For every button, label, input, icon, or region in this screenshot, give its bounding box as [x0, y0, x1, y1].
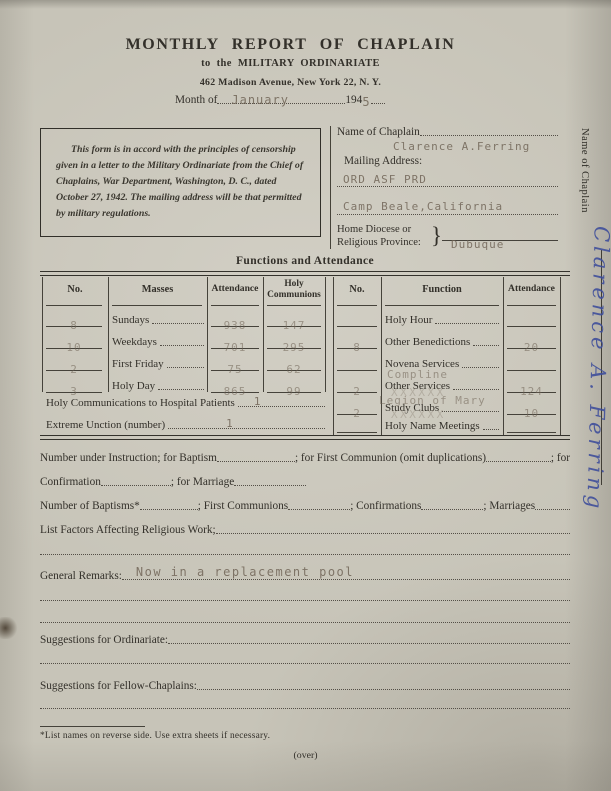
- attendance-cell: 20: [507, 330, 556, 349]
- chaplain-name-typed: Clarence A.Ferring: [393, 140, 530, 153]
- col-header-no: No.: [42, 284, 108, 296]
- form-subtitle: to the MILITARY ORDINARIATE: [0, 58, 581, 69]
- instruction-text: ; for: [551, 452, 570, 464]
- instruction-text: Number under Instruction; for Baptism: [40, 452, 217, 464]
- name-of-chaplain-row: Name of Chaplain: [337, 126, 558, 138]
- communions-cell: 147: [267, 308, 321, 327]
- footnote-text: *List names on reverse side. Use extra s…: [40, 731, 270, 741]
- name-of-chaplain-label: Name of Chaplain: [337, 126, 420, 138]
- instruction-line-3: Number of Baptisms* ; First Communions ;…: [40, 500, 570, 512]
- function-row-other-benedictions: 8 Other Benedictions 20: [40, 330, 275, 348]
- header-underline: [46, 305, 102, 306]
- name-fill-line: [420, 131, 558, 136]
- no-cell: [337, 352, 377, 371]
- fill-line: [197, 685, 570, 690]
- fill-line: [101, 481, 171, 486]
- no-cell: 8: [337, 330, 377, 349]
- handwritten-signature: Clarence A. Ferring: [582, 226, 611, 513]
- diocese-label-line1: Home Diocese or: [337, 224, 421, 237]
- function-label-cell: Holy Hour: [385, 308, 499, 326]
- col-header-masses: Masses: [108, 284, 207, 296]
- fill-line: [288, 505, 350, 510]
- fill-line: [486, 457, 551, 462]
- no-cell: [337, 414, 377, 433]
- blank-write-line: [40, 554, 570, 555]
- function-label-cell: Other Services Compline XXXXXX: [385, 374, 499, 392]
- instruction-text: ; for First Communion (omit duplications…: [295, 452, 486, 464]
- leader: [453, 389, 499, 390]
- form-address: 462 Madison Avenue, New York 22, N. Y.: [0, 77, 581, 88]
- header-underline: [211, 305, 259, 306]
- general-remarks-label: General Remarks:: [40, 570, 122, 582]
- paper-stain: [0, 617, 18, 639]
- header-underline: [337, 305, 377, 306]
- fill-line: [217, 457, 295, 462]
- blank-write-line: [40, 708, 570, 709]
- month-label: Month of: [175, 94, 217, 106]
- general-remarks-line: General Remarks: Now in a replacement po…: [40, 570, 570, 582]
- fill-line: [216, 529, 570, 534]
- suggestions-ordinariate-line: Suggestions for Ordinariate:: [40, 634, 570, 646]
- function-row-holy-hour: Holy Hour: [40, 308, 275, 326]
- instruction-text: ; Confirmations: [350, 500, 421, 512]
- year-fill-line: [371, 99, 385, 104]
- over-label: (over): [0, 750, 611, 761]
- diocese-typed: Dubuque: [451, 238, 504, 251]
- suggestions-ordinariate-label: Suggestions for Ordinariate:: [40, 634, 168, 646]
- attendance-cell: 124: [507, 374, 556, 393]
- communions-cell: 62: [267, 352, 321, 371]
- table-top-rule: [40, 271, 570, 276]
- col-header-function: Function: [381, 284, 503, 296]
- leader: [435, 323, 499, 324]
- attendance-cell: [507, 308, 556, 327]
- blank-write-line: [40, 622, 570, 623]
- leader: [483, 429, 499, 430]
- column-line: [325, 277, 326, 392]
- year-printed: 194: [345, 94, 362, 106]
- margin-name-of-chaplain-label: Name of Chaplain: [579, 128, 590, 213]
- function-row-holy-name-meetings: Holy Name Meetings: [40, 414, 275, 432]
- year-typed: 5: [362, 96, 370, 109]
- column-line: [503, 277, 504, 435]
- leader: [462, 367, 499, 368]
- function-label-cell: Holy Name Meetings: [385, 414, 499, 432]
- function-row-other-services: 2 Other Services Compline XXXXXX 124: [40, 374, 275, 392]
- header-underline: [112, 305, 202, 306]
- factors-label: List Factors Affecting Religious Work;: [40, 524, 216, 536]
- no-cell: [337, 308, 377, 327]
- function-label-cell: Other Benedictions: [385, 330, 499, 348]
- chaplain-info-block: Name of Chaplain Clarence A.Ferring Mail…: [335, 126, 560, 252]
- general-remarks-typed: Now in a replacement pool: [136, 566, 354, 579]
- leader: [442, 411, 499, 412]
- attendance-cell: [507, 352, 556, 371]
- attendance-cell: 10: [507, 396, 556, 415]
- instruction-line-1: Number under Instruction; for Baptism ; …: [40, 452, 570, 464]
- instruction-text: Number of Baptisms*: [40, 500, 140, 512]
- instruction-text: ; for Marriage: [171, 476, 234, 488]
- fill-line: [535, 505, 570, 510]
- col-header-no2: No.: [333, 284, 381, 296]
- column-line: [333, 277, 334, 435]
- table-bottom-rule: [40, 435, 570, 440]
- attendance-section-title: Functions and Attendance: [40, 255, 570, 267]
- col-header-holy: Holy: [263, 279, 325, 290]
- instruction-text: ; First Communions: [198, 500, 288, 512]
- no-cell: 2: [337, 396, 377, 415]
- suggestions-fellow-label: Suggestions for Fellow-Chaplains:: [40, 680, 197, 692]
- col-header-attendance2: Attendance: [503, 284, 560, 295]
- censorship-notice-box: This form is in accord with the principl…: [40, 128, 321, 237]
- blank-write-line: [40, 600, 570, 601]
- mailing-fill-line2: [337, 202, 558, 215]
- month-value-typed: January: [231, 94, 289, 107]
- communions-cell: 295: [267, 330, 321, 349]
- function-label: Holy Name Meetings: [385, 420, 480, 432]
- instruction-text: ; Marriages: [483, 500, 535, 512]
- header-underline: [507, 305, 556, 306]
- blank-write-line: [40, 663, 570, 664]
- diocese-brace: }: [431, 223, 442, 249]
- column-line: [381, 277, 382, 435]
- instruction-line-2: Confirmation ; for Marriage: [40, 476, 340, 488]
- col-header-attendance: Attendance: [207, 284, 263, 295]
- function-label-cell: Study Clubs Legion of Mary XXXXXX: [385, 396, 499, 414]
- other-services-typed: Compline: [387, 368, 448, 381]
- footnote-rule: [40, 726, 145, 727]
- attendance-cell: [507, 414, 556, 433]
- suggestions-fellow-line: Suggestions for Fellow-Chaplains:: [40, 680, 570, 692]
- column-line: [560, 277, 561, 435]
- no-cell: 2: [337, 374, 377, 393]
- form-title: MONTHLY REPORT OF CHAPLAIN: [0, 36, 581, 54]
- fill-line: [140, 505, 198, 510]
- fill-line: [421, 505, 483, 510]
- col-header-communions: Communions: [263, 290, 325, 301]
- fill-line: [168, 639, 570, 644]
- mailing-fill-line1: [337, 174, 558, 187]
- col-header-holy-communions: Holy Communions: [263, 279, 325, 300]
- vertical-divider-line: [330, 126, 331, 249]
- diocese-label-line2: Religious Province:: [337, 237, 421, 250]
- study-clubs-typed: Legion of Mary: [379, 394, 486, 407]
- header-underline: [385, 305, 499, 306]
- factors-line: List Factors Affecting Religious Work;: [40, 524, 570, 536]
- mailing-address-label: Mailing Address:: [344, 155, 422, 167]
- scanned-chaplain-report-form: MONTHLY REPORT OF CHAPLAIN to the MILITA…: [0, 0, 611, 791]
- function-label: Other Benedictions: [385, 336, 470, 348]
- header-underline: [267, 305, 321, 306]
- instruction-text: Confirmation: [40, 476, 101, 488]
- diocese-label: Home Diocese or Religious Province:: [337, 224, 421, 249]
- month-line: Month of January 194 5: [175, 93, 415, 106]
- communions-cell: 99: [267, 374, 321, 393]
- fill-line: [234, 481, 306, 486]
- function-row-novena-services: Novena Services: [40, 352, 275, 370]
- fill-line: Now in a replacement pool: [122, 575, 570, 580]
- month-fill-line: January: [217, 99, 345, 104]
- function-label: Holy Hour: [385, 314, 432, 326]
- leader: [473, 345, 499, 346]
- function-row-study-clubs: 2 Study Clubs Legion of Mary XXXXXX 10: [40, 396, 275, 414]
- censorship-notice-text: This form is in accord with the principl…: [56, 142, 305, 222]
- attendance-tables: No. Masses Attendance Holy Communions No…: [40, 271, 570, 443]
